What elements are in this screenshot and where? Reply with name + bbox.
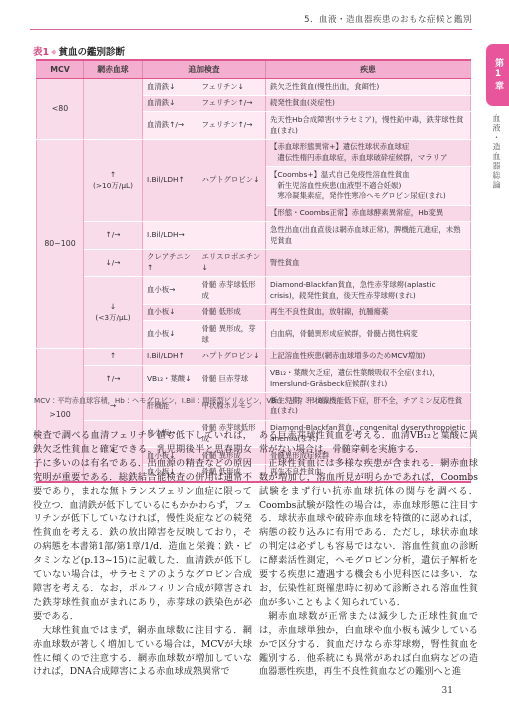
header-disease: 疾患 [266, 60, 471, 79]
cell-mcv: 80~100 [37, 139, 84, 348]
cell-t2 [198, 222, 266, 249]
cell-t2: ハプトグロビン↓ [198, 139, 266, 221]
article-body: 検査で調べる血清フェリチン値も低下していれば，鉄欠乏性貧血と確定できる．乳児期後… [33, 429, 478, 679]
cell-t1: 血小板↓ [143, 304, 198, 321]
cell-t2: 骨髄 赤芽球低形成 [198, 277, 266, 304]
table-title-text: 貧血の鑑別診断 [59, 47, 126, 58]
cell-t1: VB₁₂・葉酸↓ [143, 365, 198, 392]
diamond-icon: ◆ [51, 48, 56, 56]
cell-retic [84, 79, 143, 140]
paragraph: 検査で調べる血清フェリチン値も低下していれば，鉄欠乏性貧血と確定できる．乳児期後… [33, 429, 252, 624]
running-head-rule [30, 29, 472, 30]
article-left-column: 検査で調べる血清フェリチン値も低下していれば，鉄欠乏性貧血と確定できる．乳児期後… [33, 429, 252, 679]
cell-mcv: <80 [37, 79, 84, 140]
cell-dis: 【赤血球形態異常+】遺伝性球状赤血球症 遺伝性楕円赤血球症，赤血球破砕症候群，マ… [266, 139, 471, 166]
cell-t2: 骨髄 低形成 [198, 304, 266, 321]
table-row: <80血清鉄↓フェリチン↓鉄欠乏性貧血(慢性出血，食餌性) [37, 79, 471, 96]
anemia-table-body: <80血清鉄↓フェリチン↓鉄欠乏性貧血(慢性出血，食餌性)血清鉄↓フェリチン↑/… [37, 79, 471, 482]
cell-t2: 骨髄 異形成，芽球 [198, 321, 266, 348]
cell-dis: Diamond-Blackfan貧血，急性赤芽球癆(aplastic crisi… [266, 277, 471, 304]
table-number: 表1 [33, 47, 49, 58]
cell-t1: 血清鉄↓ [143, 95, 198, 112]
cell-retic: ↑/→ [84, 222, 143, 249]
running-head: 5．血液・造血器疾患のおもな症候と鑑別 [30, 13, 472, 25]
paragraph: 大球性貧血ではまず，網赤血球数に注目する．網赤血球数が著しく増加している場合は，… [33, 624, 252, 680]
cell-t2: エリスロポエチン↓ [198, 249, 266, 276]
chapter-section-label: 血液・造血器総論 [491, 114, 502, 190]
article-right-column: ある巨赤芽球性貧血を考える．血清VB₁₂と葉酸に異常がない場合は，骨髄穿刺を実施… [259, 429, 478, 679]
cell-dis: 【Coombs+】温式自己免疫性溶血性貧血 新生児溶血性疾患(血液型不適合妊娠)… [266, 167, 471, 205]
cell-t1: クレアチニン↑ [143, 249, 198, 276]
cell-dis: 鉄欠乏性貧血(慢性出血，食餌性) [266, 79, 471, 96]
cell-t2: フェリチン↓ [198, 79, 266, 96]
paragraph: 正球性貧血には多様な疾患が含まれる．網赤血球数が増加し，溶血所見が明らかであれば… [259, 457, 478, 610]
chapter-tab: 第1章 [486, 44, 509, 106]
cell-t2: フェリチン↑/→ [198, 112, 266, 139]
anemia-differential-table: MCV 網赤血球 追加検査 疾患 <80血清鉄↓フェリチン↓鉄欠乏性貧血(慢性出… [36, 59, 471, 483]
cell-t1: 血小板→ [143, 277, 198, 304]
cell-t1: 血清鉄↓ [143, 79, 198, 96]
cell-dis: 先天性Hb合成障害(サラセミア)，慢性鉛中毒，鉄芽球性貧血(まれ) [266, 112, 471, 139]
cell-dis: VB₁₂・葉酸欠乏症，遺伝性葉酸吸収不全症(まれ)，Imerslund-Gräs… [266, 365, 471, 392]
chapter-number-label: 第1章 [493, 58, 502, 92]
cell-t2: ハプトグロビン↓ [198, 348, 266, 365]
cell-dis: 白血病，骨髄異形成症候群，骨髄占拠性病変 [266, 321, 471, 348]
table-header-row: MCV 網赤血球 追加検査 疾患 [37, 60, 471, 79]
cell-retic: ↑ (>10万/μL) [84, 139, 143, 221]
cell-retic: ↑ [84, 348, 143, 365]
header-reticulocyte: 網赤血球 [84, 60, 143, 79]
table-row: ↓ (<3万/μL)血小板→骨髄 赤芽球低形成Diamond-Blackfan貧… [37, 277, 471, 304]
paragraph: 網赤血球数が正常または減少した正球性貧血では，赤血球単独か，白血球や血小板も減少… [259, 610, 478, 680]
table-row: 80~100↑ (>10万/μL)I.Bil/LDH↑ハプトグロビン↓【赤血球形… [37, 139, 471, 166]
cell-dis: 続発性貧血(炎症性) [266, 95, 471, 112]
table-row: >100↑I.Bil/LDH↑ハプトグロビン↓上記溶血性疾患(網赤血球増多のため… [37, 348, 471, 365]
cell-retic: ↑/→ [84, 365, 143, 392]
cell-t1: I.Bil/LDH↑ [143, 348, 198, 365]
table-title: 表1◆貧血の鑑別診断 [33, 44, 125, 58]
cell-t1: I.Bil/LDH↑ [143, 139, 198, 221]
table-row: ↓/→クレアチニン↑エリスロポエチン↓腎性貧血 [37, 249, 471, 276]
table-footnote: MCV：平均赤血球容積，Hb：ヘモグロビン，I.Bil：間接型ビリルビン，VB₁… [34, 396, 336, 406]
table-row: ↑/→I.Bil/LDH→急性出血(出血直後は網赤血球正常)，脾機能亢進症，未熟… [37, 222, 471, 249]
cell-retic: ↓ (<3万/μL) [84, 277, 143, 349]
cell-t1: I.Bil/LDH→ [143, 222, 198, 249]
cell-t1: 血小板↓ [143, 321, 198, 348]
cell-t2: 骨髄 巨赤芽球 [198, 365, 266, 392]
cell-dis: 急性出血(出血直後は網赤血球正常)，脾機能亢進症，未熟児貧血 [266, 222, 471, 249]
table-row: ↑/→VB₁₂・葉酸↓骨髄 巨赤芽球VB₁₂・葉酸欠乏症，遺伝性葉酸吸収不全症(… [37, 365, 471, 392]
paragraph: ある巨赤芽球性貧血を考える．血清VB₁₂と葉酸に異常がない場合は，骨髄穿刺を実施… [259, 429, 478, 457]
page-number: 31 [442, 686, 453, 696]
header-additional-tests: 追加検査 [143, 60, 266, 79]
cell-dis: 上記溶血性疾患(網赤血球増多のためMCV増加) [266, 348, 471, 365]
header-mcv: MCV [37, 60, 84, 79]
cell-dis: 再生不良性貧血，放射線，抗腫瘍薬 [266, 304, 471, 321]
cell-t2: フェリチン↑/→ [198, 95, 266, 112]
cell-dis: 【形態・Coombs正常】赤血球酵素異常症，Hb変異 [266, 205, 471, 222]
cell-retic: ↓/→ [84, 249, 143, 276]
cell-dis: 腎性貧血 [266, 249, 471, 276]
cell-t1: 血清鉄↑/→ [143, 112, 198, 139]
